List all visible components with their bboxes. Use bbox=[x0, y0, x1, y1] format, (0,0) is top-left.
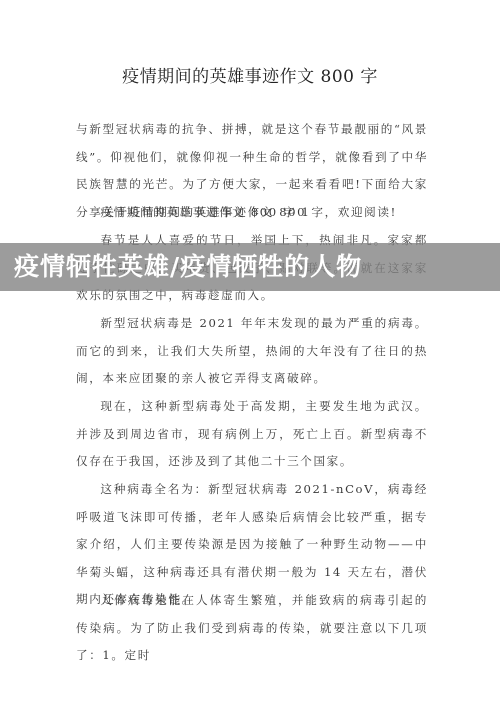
paragraph-outbreak: 现在，这种新型病毒处于高发期，主要发生地为武汉。并涉及到周边省市，现有病例上万，… bbox=[76, 393, 428, 476]
paragraph-new-virus: 新型冠状病毒是 2021 年年末发现的最为严重的病毒。而它的到来，让我们大失所望… bbox=[76, 310, 428, 393]
paragraph-subtitle: 疫情期间的英雄事迹作文 800 字 1 bbox=[76, 199, 428, 227]
overlay-title: 疫情牺牲英雄/疫情牺牲的人物 bbox=[14, 247, 362, 283]
paragraph-prevention: 人体病毒是能在人体寄生繁殖，并能致病的病毒引起的传染病。为了防止我们受到病毒的传… bbox=[76, 587, 428, 670]
document-page: 疫情期间的英雄事迹作文 800 字 与新型冠状病毒的抗争、拼搏，就是这个春节最靓… bbox=[0, 0, 500, 706]
document-title: 疫情期间的英雄事迹作文 800 字 bbox=[0, 62, 500, 87]
